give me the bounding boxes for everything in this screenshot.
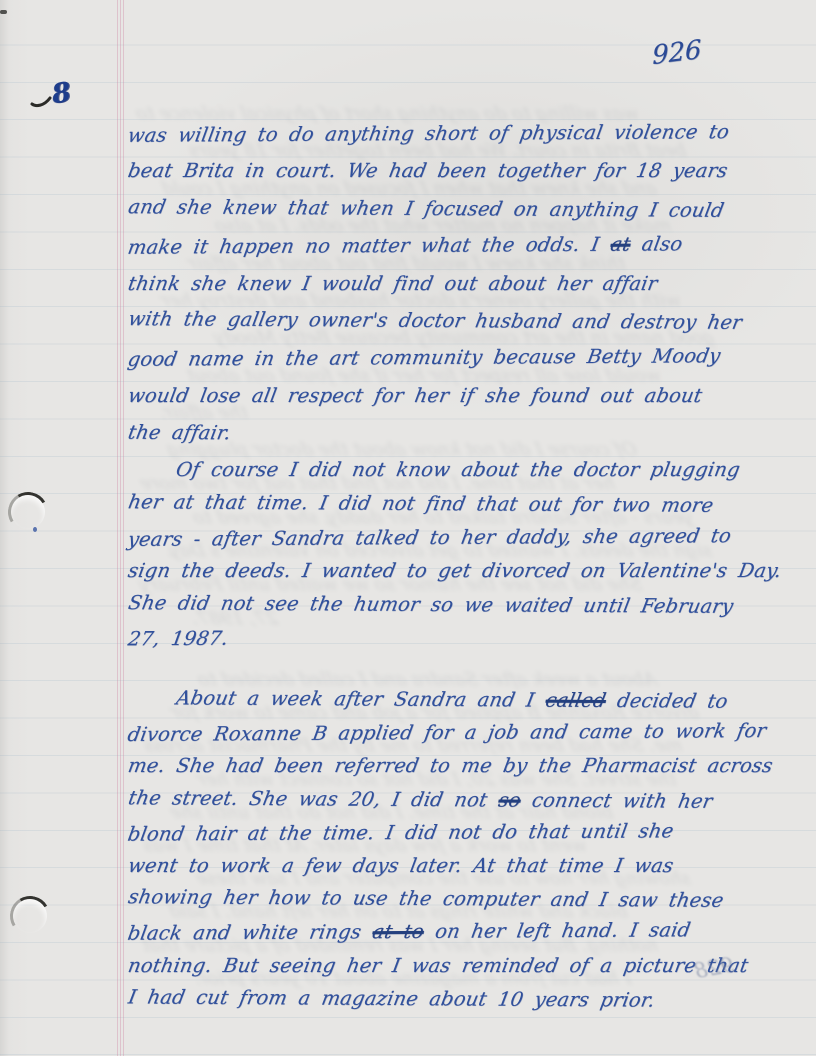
handwritten-line: divorce Roxanne B applied for a job and … — [125, 717, 768, 751]
handwritten-segment: was willing to do anything short of phys… — [126, 120, 731, 147]
handwritten-segment: think she knew I would find out about he… — [126, 272, 659, 295]
handwritten-line: black and white rings at to on her left … — [125, 917, 693, 950]
margin-line — [117, 0, 126, 1056]
hole-punch-icon — [4, 488, 52, 536]
handwritten-segment: connect with her — [519, 788, 715, 812]
handwritten-segment: nothing. But seeing her I was reminded o… — [126, 954, 750, 977]
handwritten-line: me. She had been referred to me by the P… — [125, 752, 775, 782]
handwritten-segment: the street. She was 20, I did not — [126, 786, 500, 811]
handwritten-segment: also — [629, 232, 685, 255]
handwritten-segment: me. She had been referred to me by the P… — [126, 754, 774, 777]
handwritten-line: with the gallery owner's doctor husband … — [126, 305, 745, 339]
handwritten-segment: 27, 1987. — [126, 627, 230, 651]
handwritten-line: 27, 1987. — [125, 625, 230, 656]
handwritten-segment: make it happen no matter what the odds. … — [126, 233, 613, 259]
handwritten-segment: sign the deeds. I wanted to get divorced… — [126, 559, 783, 582]
handwritten-line: and she knew that when I focused on anyt… — [126, 193, 727, 227]
handwritten-line: the street. She was 20, I did not so con… — [126, 784, 715, 818]
handwritten-segment: with the gallery owner's doctor husband … — [127, 307, 744, 334]
margin-mark-digit: 8 — [50, 77, 73, 110]
handwritten-segment: decided to — [604, 689, 730, 713]
handwritten-line: make it happen no matter what the odds. … — [125, 230, 685, 263]
handwritten-segment: her at that time. I did not find that ou… — [126, 490, 715, 517]
handwritten-segment: the affair. — [126, 421, 233, 445]
handwritten-segment: and she knew that when I focused on anyt… — [127, 195, 727, 222]
handwritten-segment: She did not see the humor so we waited u… — [127, 591, 736, 618]
handwritten-line: Of course I did not know about the docto… — [173, 456, 742, 486]
struck-word: called — [544, 689, 608, 712]
struck-word: at to — [371, 920, 426, 943]
handwritten-line: blond hair at the time. I did not do tha… — [125, 817, 676, 850]
handwritten-segment: Of course I did not know about the docto… — [174, 458, 742, 481]
handwritten-segment: went to work a few days later. At that t… — [126, 854, 675, 877]
handwritten-line: the affair. — [125, 419, 233, 450]
handwritten-segment: black and white rings — [126, 921, 375, 945]
handwritten-line: years - after Sandra talked to her daddy… — [125, 522, 733, 556]
handwritten-line: nothing. But seeing her I was reminded o… — [125, 952, 750, 982]
handwritten-line: I had cut from a magazine about 10 years… — [126, 983, 658, 1016]
handwritten-segment: About a week after Sandra and I — [174, 686, 547, 711]
handwritten-segment: on her left hand. I said — [422, 919, 692, 944]
handwritten-line: sign the deeds. I wanted to get divorced… — [125, 557, 783, 587]
handwritten-line: good name in the art community because B… — [125, 343, 723, 377]
stray-ink-dot — [33, 527, 37, 532]
handwritten-line: think she knew I would find out about he… — [125, 270, 659, 300]
handwritten-segment: beat Brita in court. We had been togethe… — [126, 159, 729, 182]
handwritten-segment: blond hair at the time. I did not do tha… — [126, 819, 675, 845]
handwritten-segment: divorce Roxanne B applied for a job and … — [126, 719, 768, 746]
handwritten-line: She did not see the humor so we waited u… — [126, 589, 736, 623]
handwritten-segment: would lose all respect for her if she fo… — [126, 384, 704, 407]
page-number: 926 — [652, 35, 702, 71]
handwritten-line: showing her how to use the computer and … — [126, 883, 726, 917]
handwritten-segment: showing her how to use the computer and … — [127, 885, 726, 912]
handwritten-line: beat Brita in court. We had been togethe… — [125, 157, 730, 187]
handwritten-segment: I had cut from a magazine about 10 years… — [126, 985, 656, 1011]
hole-punch-icon — [6, 892, 54, 940]
handwritten-segment: good name in the art community because B… — [126, 345, 722, 372]
scan-edge-mark — [0, 10, 7, 14]
handwritten-line: went to work a few days later. At that t… — [125, 852, 675, 882]
handwritten-line: would lose all respect for her if she fo… — [125, 382, 704, 412]
notebook-page: 926 8 was willing to do anything short o… — [0, 0, 816, 1056]
handwritten-line: was willing to do anything short of phys… — [125, 118, 731, 152]
handwritten-line: her at that time. I did not find that ou… — [126, 488, 716, 522]
margin-mark: 8 — [30, 76, 90, 120]
handwritten-segment: years - after Sandra talked to her daddy… — [126, 524, 733, 551]
handwritten-line: About a week after Sandra and I called d… — [174, 684, 731, 717]
